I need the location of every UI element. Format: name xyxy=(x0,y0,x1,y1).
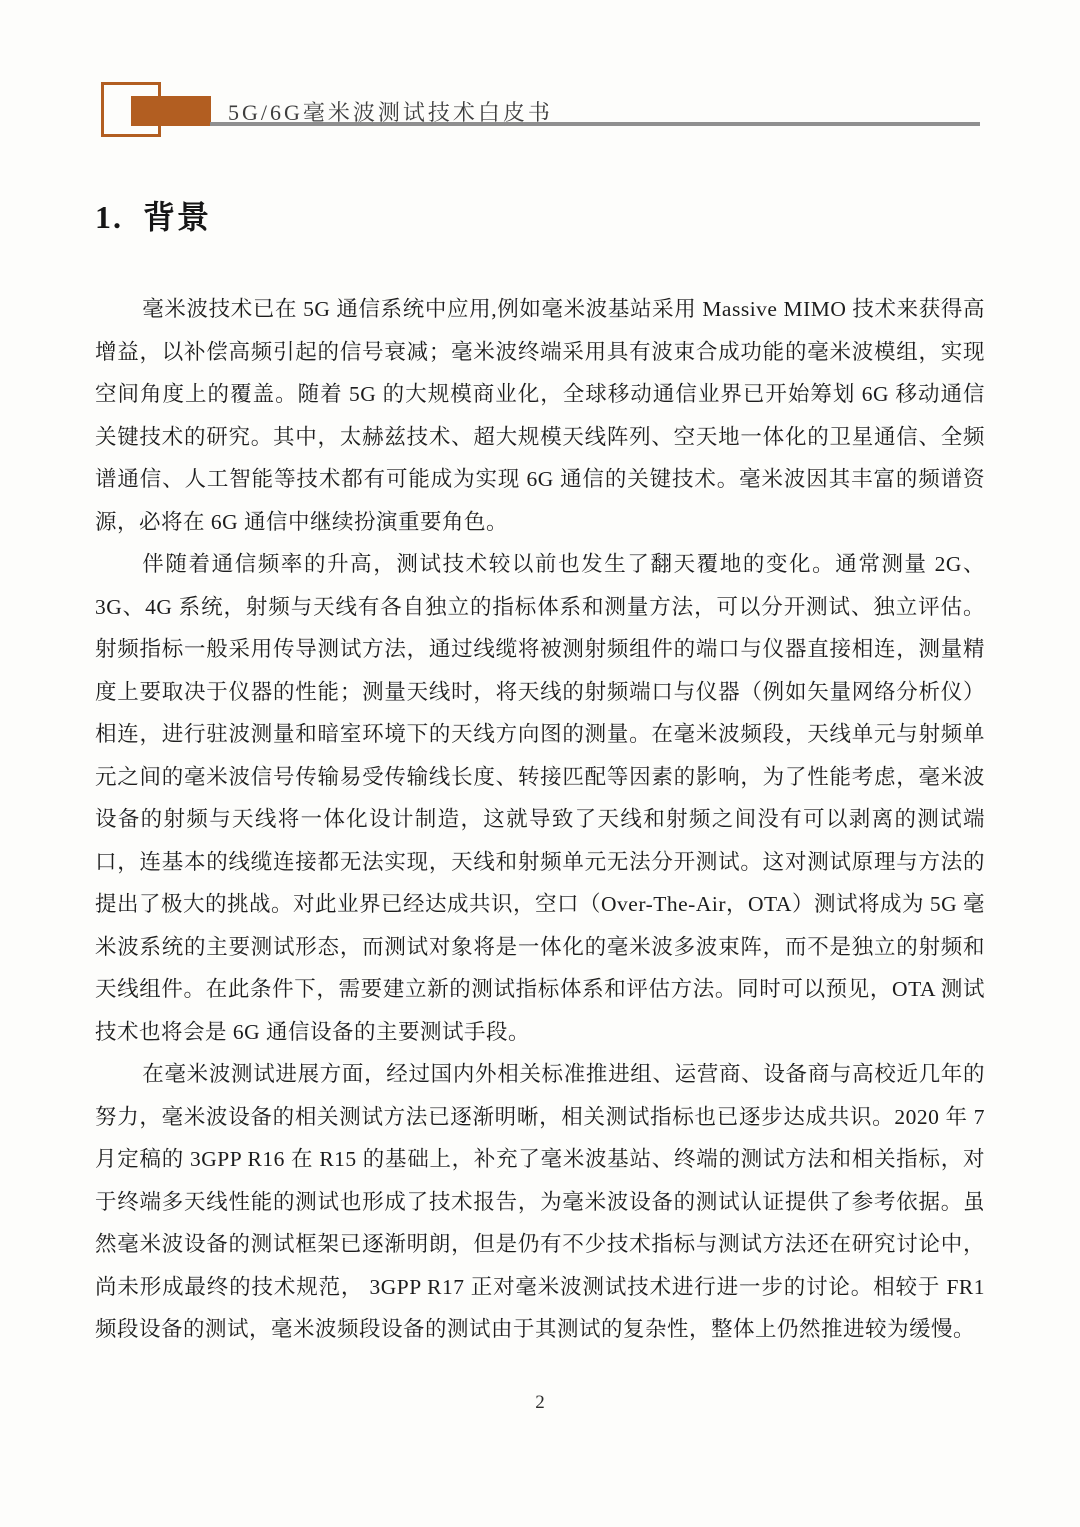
section-heading: 1. 背景 xyxy=(95,192,985,238)
document-content: 1. 背景 毫米波技术已在 5G 通信系统中应用,例如毫米波基站采用 Massi… xyxy=(95,192,985,1351)
logo-filled-rect-icon xyxy=(131,96,211,126)
page-header: 5G/6G毫米波测试技术白皮书 xyxy=(0,0,1080,150)
document-page: 5G/6G毫米波测试技术白皮书 1. 背景 毫米波技术已在 5G 通信系统中应用… xyxy=(0,0,1080,1527)
header-title: 5G/6G毫米波测试技术白皮书 xyxy=(228,96,553,127)
paragraph: 在毫米波测试进展方面，经过国内外相关标准推进组、运营商、设备商与高校近几年的努力… xyxy=(95,1053,985,1351)
page-number: 2 xyxy=(0,1392,1080,1414)
body-text: 毫米波技术已在 5G 通信系统中应用,例如毫米波基站采用 Massive MIM… xyxy=(95,288,985,1351)
paragraph: 伴随着通信频率的升高，测试技术较以前也发生了翻天覆地的变化。通常测量 2G、3G… xyxy=(95,543,985,1053)
paragraph: 毫米波技术已在 5G 通信系统中应用,例如毫米波基站采用 Massive MIM… xyxy=(95,288,985,543)
